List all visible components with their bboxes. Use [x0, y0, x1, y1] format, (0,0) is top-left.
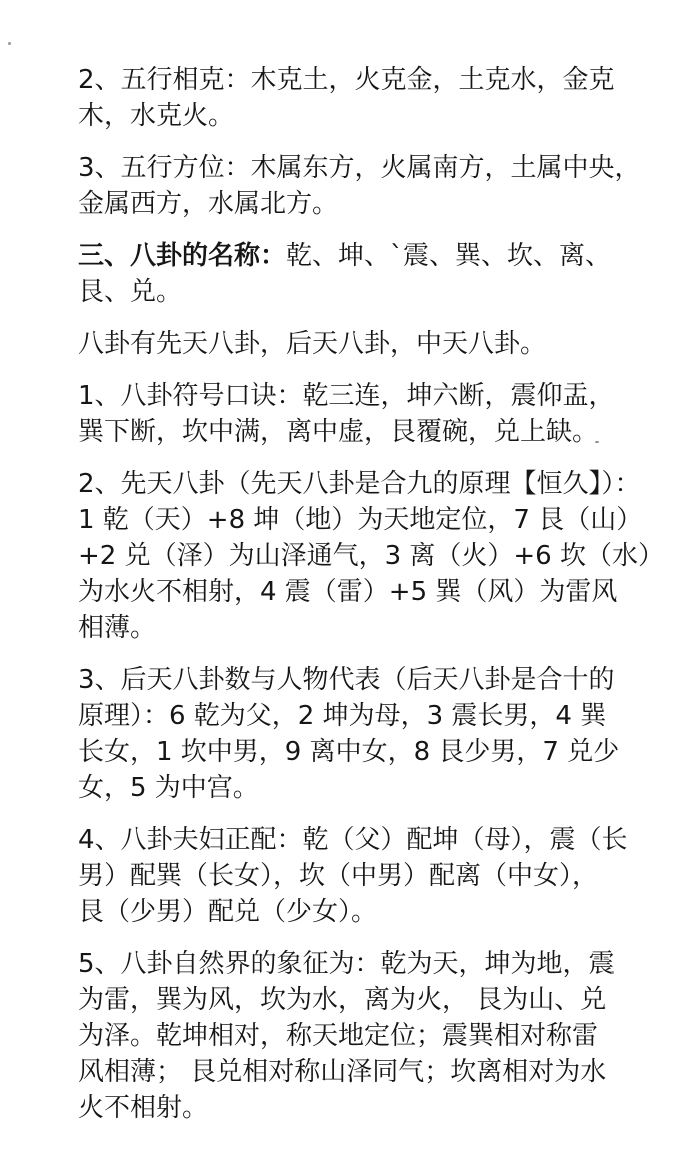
text-line: 1 乾（天）+8 坤（地）为天地定位，7 艮（山）: [78, 502, 602, 538]
text-line: 3、后天八卦数与人物代表（后天八卦是合十的: [78, 662, 602, 698]
heading-text: 三、八卦的名称：: [78, 241, 286, 271]
scan-speck: [595, 441, 599, 443]
text-line: 4、八卦夫妇正配：乾（父）配坤（母），震（长: [78, 822, 602, 858]
text-line: +2 兑（泽）为山泽通气，3 离（火）+6 坎（水）: [78, 538, 602, 574]
body-text: 相薄。: [78, 613, 156, 643]
body-text: 1 乾（天）+8 坤（地）为天地定位，7 艮（山）: [78, 505, 642, 535]
text-line: 3、五行方位：木属东方，火属南方，土属中央，: [78, 150, 602, 186]
body-text: 艮、兑。: [78, 277, 182, 307]
paragraph: 2、五行相克：木克土，火克金，土克水，金克木，水克火。: [78, 62, 602, 134]
body-text: 为雷，巽为风，坎为水，离为火， 艮为山、兑: [78, 985, 606, 1015]
body-text: 木，水克火。: [78, 101, 234, 131]
text-line: 长女，1 坎中男，9 离中女，8 艮少男，7 兑少: [78, 734, 602, 770]
text-line: 女，5 为中宫。: [78, 770, 602, 806]
text-line: 相薄。: [78, 610, 602, 646]
body-text: 1、八卦符号口诀：乾三连，坤六断，震仰盂，: [78, 381, 615, 411]
body-text: 3、后天八卦数与人物代表（后天八卦是合十的: [78, 665, 615, 695]
paragraph: 4、八卦夫妇正配：乾（父）配坤（母），震（长男）配巽（长女），坎（中男）配离（中…: [78, 822, 602, 930]
body-text: 原理）：6 乾为父，2 坤为母，3 震长男，4 巽: [78, 701, 606, 731]
paragraph: 3、后天八卦数与人物代表（后天八卦是合十的原理）：6 乾为父，2 坤为母，3 震…: [78, 662, 602, 806]
page: 2、五行相克：木克土，火克金，土克水，金克木，水克火。3、五行方位：木属东方，火…: [0, 0, 673, 1158]
text-line: 火不相射。: [78, 1090, 602, 1126]
body-text: 3、五行方位：木属东方，火属南方，土属中央，: [78, 153, 641, 183]
body-text: 2、先天八卦（先天八卦是合九的原理【恒久】）：: [78, 469, 641, 499]
text-line: 艮（少男）配兑（少女）。: [78, 894, 602, 930]
text-line: 1、八卦符号口诀：乾三连，坤六断，震仰盂，: [78, 378, 602, 414]
body-text: 为泽。乾坤相对，称天地定位；震巽相对称雷: [78, 1021, 598, 1051]
text-line: 5、八卦自然界的象征为：乾为天，坤为地，震: [78, 946, 602, 982]
body-text: 2、五行相克：木克土，火克金，土克水，金克: [78, 65, 615, 95]
text-line: 木，水克火。: [78, 98, 602, 134]
paragraph: 1、八卦符号口诀：乾三连，坤六断，震仰盂，巽下断，坎中满，离中虚，艮覆碗，兑上缺…: [78, 378, 602, 450]
text-line: 为泽。乾坤相对，称天地定位；震巽相对称雷: [78, 1018, 602, 1054]
text-line: 八卦有先天八卦，后天八卦，中天八卦。: [78, 326, 602, 362]
body-text: 4、八卦夫妇正配：乾（父）配坤（母），震（长: [78, 825, 628, 855]
text-line: 为雷，巽为风，坎为水，离为火， 艮为山、兑: [78, 982, 602, 1018]
text-line: 2、五行相克：木克土，火克金，土克水，金克: [78, 62, 602, 98]
paragraph: 5、八卦自然界的象征为：乾为天，坤为地，震为雷，巽为风，坎为水，离为火， 艮为山…: [78, 946, 602, 1126]
text-line: 风相薄； 艮兑相对称山泽同气；坎离相对为水: [78, 1054, 602, 1090]
body-text: 巽下断，坎中满，离中虚，艮覆碗，兑上缺。: [78, 417, 598, 447]
body-text: 为水火不相射，4 震（雷）+5 巽（风）为雷风: [78, 577, 617, 607]
text-line: 艮、兑。: [78, 274, 602, 310]
body-text: 男）配巽（长女），坎（中男）配离（中女），: [78, 861, 598, 891]
text-line: 原理）：6 乾为父，2 坤为母，3 震长男，4 巽: [78, 698, 602, 734]
text-line: 2、先天八卦（先天八卦是合九的原理【恒久】）：: [78, 466, 602, 502]
body-text: 火不相射。: [78, 1093, 208, 1123]
scanned-document-page: { "page": { "background": "#ffffff", "te…: [0, 0, 673, 1158]
body-text: +2 兑（泽）为山泽通气，3 离（火）+6 坎（水）: [78, 541, 664, 571]
body-text: 艮（少男）配兑（少女）。: [78, 897, 377, 927]
body-text: 八卦有先天八卦，后天八卦，中天八卦。: [78, 329, 546, 359]
body-text: 乾、坤、`震、巽、坎、离、: [286, 241, 611, 271]
text-line: 为水火不相射，4 震（雷）+5 巽（风）为雷风: [78, 574, 602, 610]
body-text: 5、八卦自然界的象征为：乾为天，坤为地，震: [78, 949, 615, 979]
paragraph: 三、八卦的名称：乾、坤、`震、巽、坎、离、艮、兑。: [78, 238, 602, 310]
scan-speck: [8, 42, 11, 45]
body-text: 女，5 为中宫。: [78, 773, 259, 803]
text-line: 男）配巽（长女），坎（中男）配离（中女），: [78, 858, 602, 894]
body-text: 金属西方，水属北方。: [78, 189, 338, 219]
text-line: 巽下断，坎中满，离中虚，艮覆碗，兑上缺。: [78, 414, 602, 450]
body-text: 长女，1 坎中男，9 离中女，8 艮少男，7 兑少: [78, 737, 619, 767]
paragraph: 3、五行方位：木属东方，火属南方，土属中央，金属西方，水属北方。: [78, 150, 602, 222]
body-text: 风相薄； 艮兑相对称山泽同气；坎离相对为水: [78, 1057, 606, 1087]
document-body: 2、五行相克：木克土，火克金，土克水，金克木，水克火。3、五行方位：木属东方，火…: [78, 62, 602, 1142]
scan-speck: [611, 971, 614, 974]
text-line: 三、八卦的名称：乾、坤、`震、巽、坎、离、: [78, 238, 602, 274]
paragraph: 八卦有先天八卦，后天八卦，中天八卦。: [78, 326, 602, 362]
paragraph: 2、先天八卦（先天八卦是合九的原理【恒久】）：1 乾（天）+8 坤（地）为天地定…: [78, 466, 602, 646]
text-line: 金属西方，水属北方。: [78, 186, 602, 222]
